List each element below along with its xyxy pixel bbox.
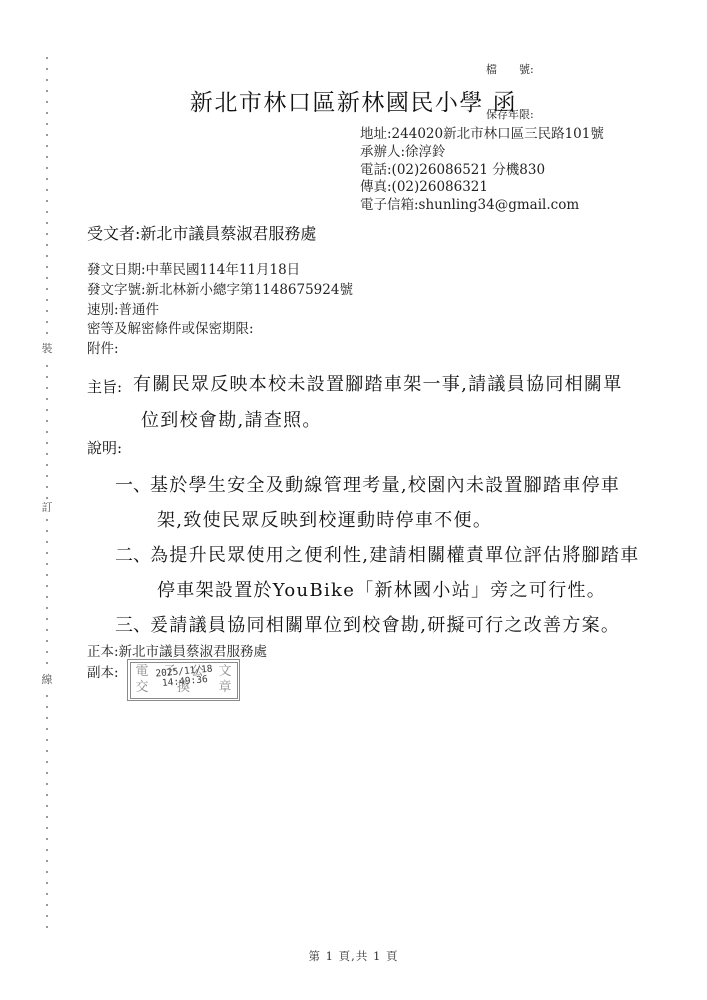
recipient-line: 受文者:新北市議員蔡淑君服務處 bbox=[87, 221, 316, 244]
binding-mark-xian: 線 bbox=[40, 671, 54, 688]
sender-address: 地址:244020新北市林口區三民路101號 bbox=[360, 126, 604, 144]
classification-line: 密等及解密條件或保密期限: bbox=[87, 320, 353, 340]
binding-mark-zhuang: 裝 bbox=[40, 340, 54, 357]
sender-email: 電子信箱:shunling34@gmail.com bbox=[360, 197, 604, 215]
item-text: 為提升民眾使用之便利性,建請相關權責單位評估將腳踏車停車架設置於YouBike「… bbox=[150, 545, 640, 601]
reference-number-line: 發文字號:新北林新小總字第1148675924號 bbox=[87, 281, 353, 301]
official-letter-page: 裝 訂 線 檔 號: 保存年限: 新北市林口區新林國民小學 函 地址:24402… bbox=[0, 0, 707, 1000]
priority-line: 速別:普通件 bbox=[87, 301, 353, 321]
item-number: 一、 bbox=[115, 468, 151, 503]
explanation-item-3: 三、 爰請議員協同相關單位到校會勘,研擬可行之改善方案。 bbox=[157, 608, 643, 643]
explanation-label: 說明: bbox=[87, 437, 122, 458]
explanation-item-1: 一、 基於學生安全及動線管理考量,校園內未設置腳踏車停車架,致使民眾反映到校運動… bbox=[157, 468, 643, 538]
document-meta-block: 發文日期:中華民國114年11月18日 發文字號:新北林新小總字第1148675… bbox=[87, 261, 353, 360]
sender-contact-person: 承辦人:徐淳鈴 bbox=[360, 144, 604, 162]
item-number: 二、 bbox=[115, 538, 151, 573]
explanation-item-2: 二、 為提升民眾使用之便利性,建請相關權責單位評估將腳踏車停車架設置於YouBi… bbox=[157, 538, 643, 608]
item-text: 基於學生安全及動線管理考量,校園內未設置腳踏車停車架,致使民眾反映到校運動時停車… bbox=[150, 475, 620, 531]
sender-phone: 電話:(02)26086521 分機830 bbox=[360, 162, 604, 180]
explanation-items: 一、 基於學生安全及動線管理考量,校園內未設置腳踏車停車架,致使民眾反映到校運動… bbox=[0, 468, 707, 643]
subject-label: 主旨: bbox=[87, 369, 122, 405]
page-number-footer: 第 1 頁,共 1 頁 bbox=[0, 948, 707, 964]
attachment-line: 附件: bbox=[87, 340, 353, 360]
file-number-label: 檔 號: bbox=[486, 62, 534, 77]
sender-fax: 傳真:(02)26086321 bbox=[360, 179, 604, 197]
letter-title: 新北市林口區新林國民小學 函 bbox=[0, 84, 707, 117]
subject-paragraph: 主旨: 有關民眾反映本校未設置腳踏車架一事,請議員協同相關單位到校會勘,請查照。 bbox=[141, 367, 630, 439]
item-text: 爰請議員協同相關單位到校會勘,研擬可行之改善方案。 bbox=[150, 615, 620, 636]
electronic-exchange-stamp: 電子公文 交換章 2025/11/18 14:49:36 bbox=[127, 659, 240, 701]
issue-date-line: 發文日期:中華民國114年11月18日 bbox=[87, 261, 353, 281]
sender-info-block: 地址:244020新北市林口區三民路101號 承辦人:徐淳鈴 電話:(02)26… bbox=[360, 126, 604, 215]
item-number: 三、 bbox=[115, 608, 151, 643]
subject-text: 有關民眾反映本校未設置腳踏車架一事,請議員協同相關單位到校會勘,請查照。 bbox=[133, 374, 623, 431]
